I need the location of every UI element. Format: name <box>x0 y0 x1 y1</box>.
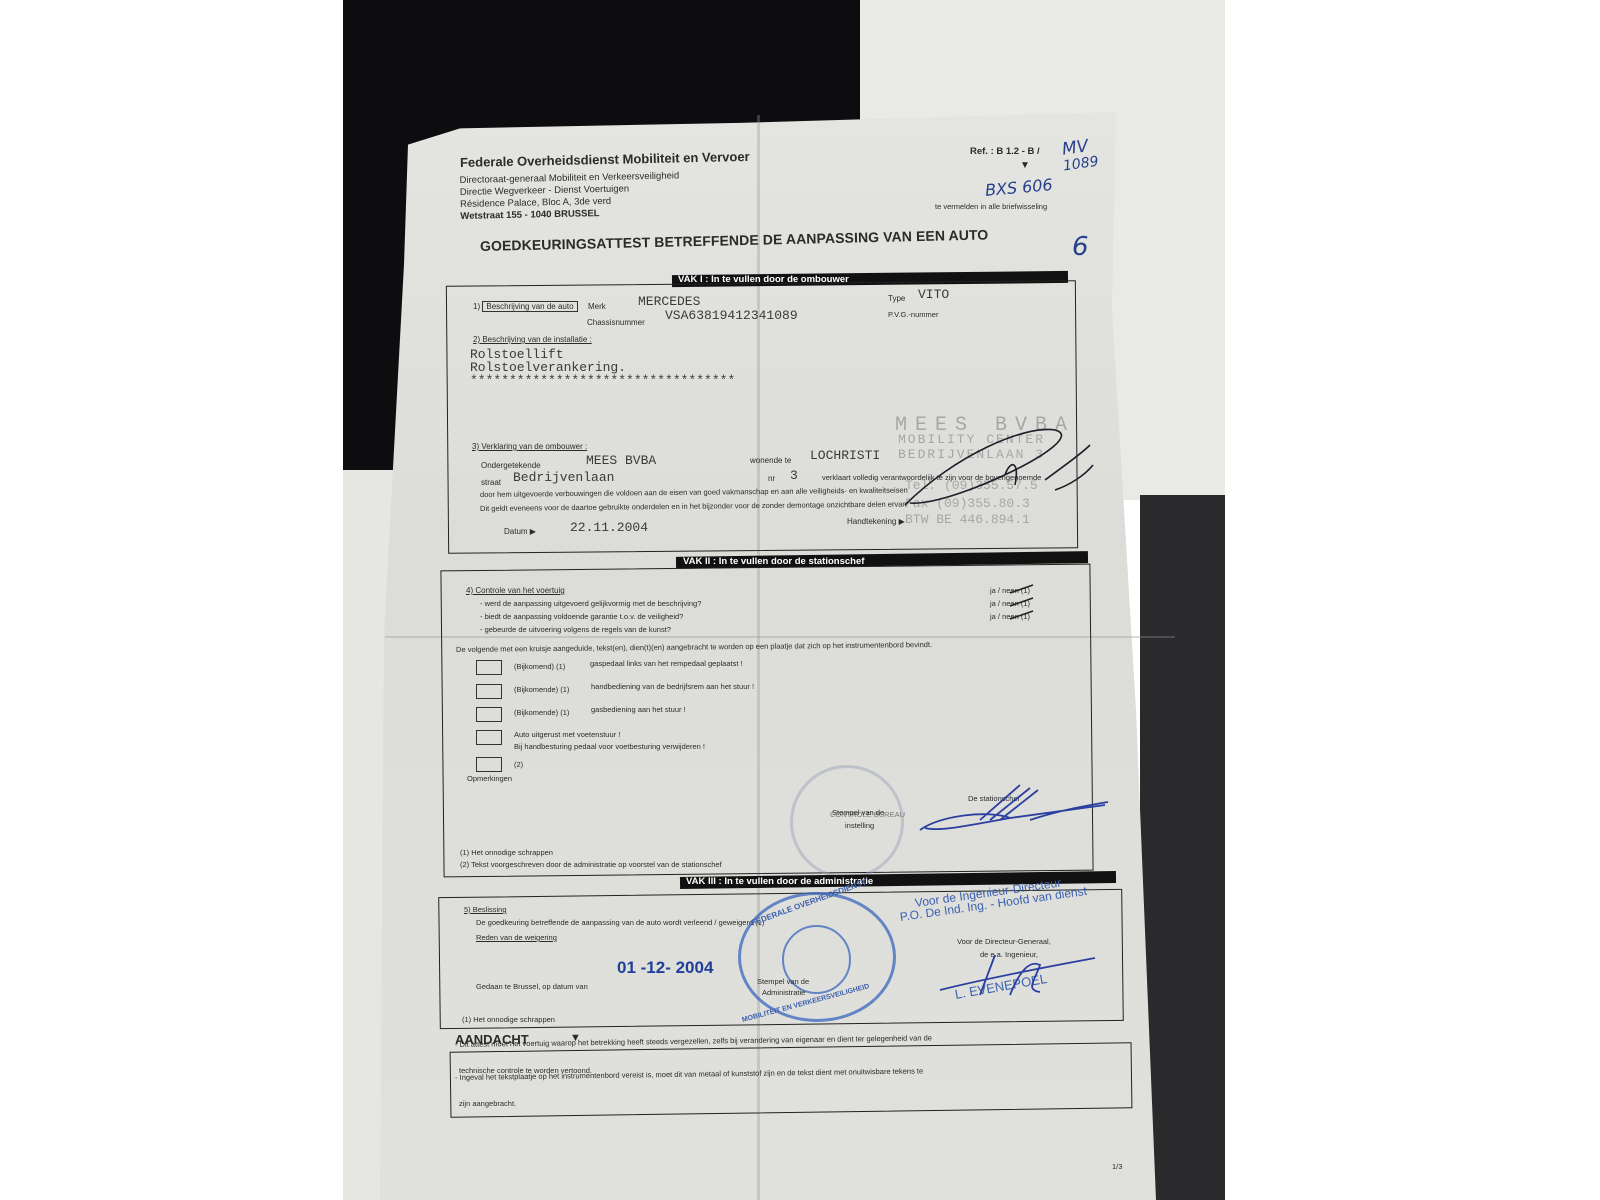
option-text: (2) <box>514 760 523 769</box>
triangle-down-icon: ▼ <box>1020 160 1030 171</box>
datum-value: 22.11.2004 <box>570 520 648 535</box>
done-at-label: Gedaan te Brussel, op datum van <box>476 982 588 991</box>
straat-label: straat <box>481 478 501 487</box>
ondergetekende-label: Ondergetekende <box>481 461 541 470</box>
date-stamp: 01 -12- 2004 <box>617 958 713 978</box>
stamp-label: instelling <box>845 821 874 830</box>
check-question: - gebeurde de uitvoering volgens de rege… <box>480 625 671 634</box>
background-right <box>1225 0 1600 1200</box>
opmerkingen-label: Opmerkingen <box>467 774 512 783</box>
option-prefix: (Bijkomend) (1) <box>514 662 565 671</box>
option-checkbox[interactable] <box>476 730 502 745</box>
wonende-label: wonende te <box>750 456 791 465</box>
item4-title-text: 4) Controle van het voertuig <box>466 586 565 595</box>
director-line-1: Voor de Directeur-Generaal, <box>957 937 1051 946</box>
option-text: Auto uitgerust met voetenstuur ! <box>514 730 620 739</box>
option-prefix: (Bijkomende) (1) <box>514 708 569 717</box>
refusal-label: Reden van de weigering <box>476 933 557 942</box>
admin-stamp-label: Stempel van de <box>757 977 809 986</box>
item4-title: 4) Controle van het voertuig <box>466 586 565 595</box>
admin-stamp-label: Administratie <box>762 988 805 997</box>
item5-title: 5) Beslissing <box>464 905 507 914</box>
option-prefix: (Bijkomende) (1) <box>514 685 569 694</box>
handwritten-margin-mark: 6 <box>1072 232 1089 262</box>
installation-description: Rolstoellift Rolstoelverankering. ******… <box>470 348 735 387</box>
straat-value: Bedrijvenlaan <box>513 470 614 485</box>
item1-label: 1) Beschrijving van de auto <box>473 302 578 311</box>
option-checkbox[interactable] <box>476 757 502 772</box>
nr-label: nr <box>768 474 775 483</box>
installation-line: ********************************** <box>470 374 735 387</box>
footnote-1: (1) Het onnodige schrappen <box>460 848 553 857</box>
option-text-2: Bij handbesturing pedaal voor voetbestur… <box>514 742 705 751</box>
check-question: - biedt de aanpassing voldoende garantie… <box>480 612 683 621</box>
option-text: gaspedaal links van het rempedaal geplaa… <box>590 659 743 668</box>
stamp-label: Stempel van de <box>832 808 884 817</box>
datum-label: Datum ▶ <box>504 527 536 536</box>
ondergetekende-value: MEES BVBA <box>586 453 656 468</box>
item1-title: Beschrijving van de auto <box>482 301 577 312</box>
chassis-label: Chassisnummer <box>587 318 645 327</box>
builder-signature <box>895 415 1095 525</box>
type-value: VITO <box>918 287 949 302</box>
reference-note: te vermelden in alle briefwisseling <box>935 202 1047 211</box>
option-checkbox[interactable] <box>476 684 502 699</box>
background-black-panel-bottom <box>1140 495 1225 1200</box>
background-left <box>0 0 343 1200</box>
decision-text: De goedkeuring betreffende de aanpassing… <box>476 918 764 927</box>
aandacht-note: zijn aangebracht. <box>459 1099 516 1108</box>
stationschef-signature <box>910 780 1110 840</box>
type-label: Type <box>888 294 905 303</box>
item3-title: 3) Verklaring van de ombouwer : <box>472 442 587 451</box>
option-text: gasbediening aan het stuur ! <box>591 705 686 714</box>
item1-number: 1) <box>473 302 480 311</box>
option-checkbox[interactable] <box>476 660 502 675</box>
wonende-value: LOCHRISTI <box>810 448 880 463</box>
director-signature <box>930 950 1100 1010</box>
option-text: handbediening van de bedrijfsrem aan het… <box>591 682 754 691</box>
footnote-2: (2) Tekst voorgeschreven door de adminis… <box>460 860 722 869</box>
option-checkbox[interactable] <box>476 707 502 722</box>
merk-value: MERCEDES <box>638 294 700 309</box>
nr-value: 3 <box>790 468 798 483</box>
item2-title: 2) Beschrijving van de installatie : <box>473 335 592 344</box>
check-question: - werd de aanpassing uitgevoerd gelijkvo… <box>480 599 701 608</box>
pvg-label: P.V.G.-nummer <box>888 310 938 319</box>
reference-label: Ref. : B 1.2 - B / <box>970 146 1040 157</box>
vak3-footnote: (1) Het onnodige schrappen <box>462 1015 555 1024</box>
chassis-value: VSA63819412341089 <box>665 308 798 323</box>
merk-label: Merk <box>588 302 606 311</box>
page-number: 1/3 <box>1112 1162 1122 1171</box>
organization-address: Directoraat-generaal Mobiliteit en Verke… <box>459 170 680 223</box>
neen-strike-marks <box>1005 583 1045 623</box>
